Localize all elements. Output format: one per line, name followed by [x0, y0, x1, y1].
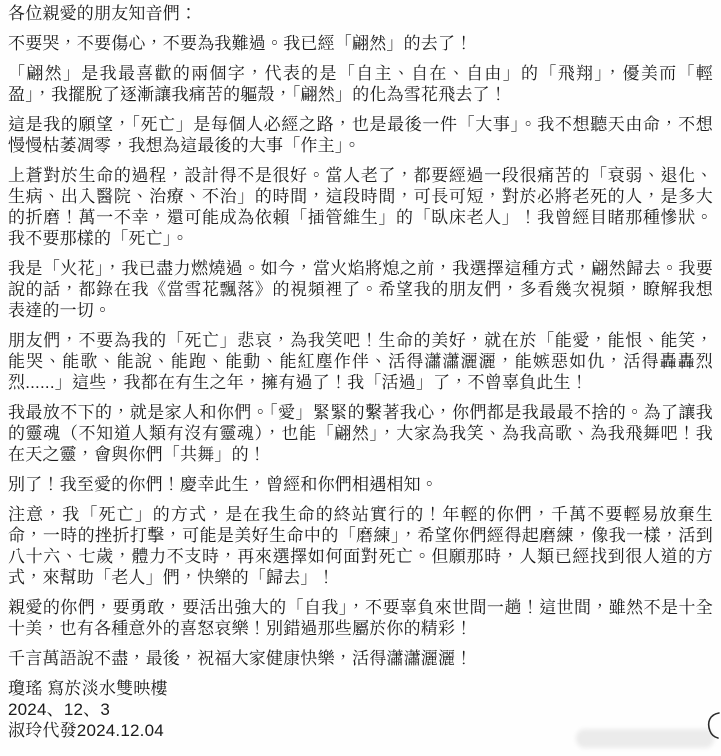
- letter-paragraph-7: 我最放不下的，就是家人和你們。「愛」緊緊的繫著我心，你們都是我最最不捨的。為了讓…: [8, 402, 713, 465]
- letter-paragraph-5: 我是「火花」，我已盡力燃燒過。如今，當火焰將熄之前，我選擇這種方式，翩然歸去。我…: [8, 258, 713, 321]
- letter-paragraph-10: 親愛的你們，要勇敢，要活出強大的「自我」，不要辜負來世間一趟！這世間，雖然不是十…: [8, 597, 713, 639]
- letter-page: { "page": { "background_color": "#fefefe…: [0, 0, 721, 756]
- letter-paragraph-11: 千言萬語說不盡，最後，祝福大家健康快樂，活得瀟瀟灑灑！: [8, 648, 713, 669]
- watermark-smudge: [576, 729, 714, 748]
- letter-paragraph-9: 注意，我「死亡」的方式，是在我生命的終站實行的！年輕的你們，千萬不要輕易放棄生命…: [8, 504, 713, 588]
- watermark-stroke-fragment-icon: [700, 711, 721, 743]
- letter-paragraph-4: 上蒼對於生命的過程，設計得不是很好。當人老了，都要經過一段很痛苦的「衰弱、退化、…: [8, 165, 713, 249]
- greeting-line: 各位親愛的朋友知音們：: [8, 3, 713, 24]
- farewell-letter: 各位親愛的朋友知音們： 不要哭，不要傷心，不要為我難過。我已經「翩然」的去了！ …: [0, 0, 721, 741]
- signature-date-line: 2024、12、3: [8, 699, 713, 720]
- signature-author-line: 瓊瑤 寫於淡水雙映樓: [8, 678, 713, 699]
- letter-paragraph-3: 這是我的願望，「死亡」是每個人必經之路，也是最後一件「大事」。我不想聽天由命，不…: [8, 114, 713, 156]
- letter-paragraph-2: 「翩然」是我最喜歡的兩個字，代表的是「自主、自在、自由」的「飛翔」，優美而「輕盈…: [8, 63, 713, 105]
- letter-paragraph-6: 朋友們，不要為我的「死亡」悲哀，為我笑吧！生命的美好，就在於「能愛，能恨、能笑，…: [8, 330, 713, 393]
- letter-paragraph-1: 不要哭，不要傷心，不要為我難過。我已經「翩然」的去了！: [8, 33, 713, 54]
- letter-paragraph-8: 別了！我至愛的你們！慶幸此生，曾經和你們相遇相知。: [8, 474, 713, 495]
